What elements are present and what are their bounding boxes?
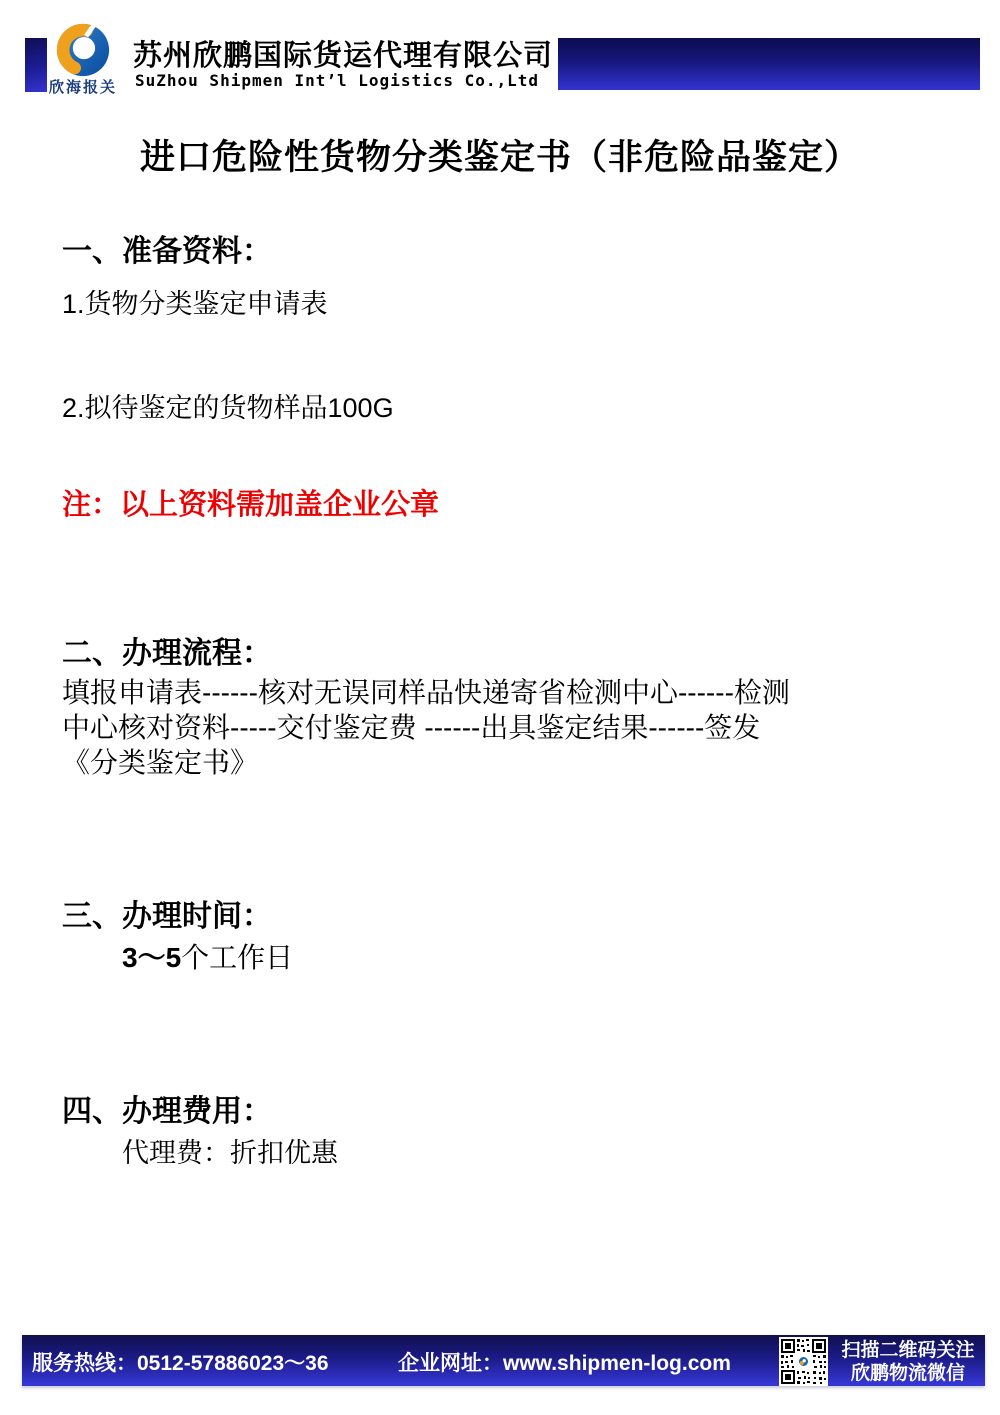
process-flow-line-2: 中心核对资料-----交付鉴定费 ------出具鉴定结果------签发 xyxy=(62,706,760,746)
page-title: 进口危险性货物分类鉴定书（非危险品鉴定） xyxy=(0,130,1000,180)
process-flow-line-3: 《分类鉴定书》 xyxy=(62,741,258,781)
section1-item1: 1.货物分类鉴定申请表 xyxy=(62,282,328,321)
company-website: 企业网址：www.shipmen-log.com xyxy=(398,1347,731,1377)
section1-note: 注：以上资料需加盖企业公章 xyxy=(62,482,439,523)
section1-item2: 2.拟待鉴定的货物样品100G xyxy=(62,386,394,425)
process-flow-line-1: 填报申请表------核对无误同样品快递寄省检测中心------检测 xyxy=(62,671,790,711)
section2-heading: 二、办理流程： xyxy=(62,628,272,672)
processing-time-unit: 个工作日 xyxy=(181,942,293,973)
section1-heading: 一、准备资料： xyxy=(62,226,272,270)
qr-caption-line1: 扫描二维码关注 xyxy=(832,1339,984,1362)
agency-fee: 代理费：折扣优惠 xyxy=(122,1131,338,1170)
company-logo-icon xyxy=(54,21,112,79)
company-name-en: SuZhou Shipmen Int’l Logistics Co.,Ltd xyxy=(135,71,539,90)
qr-caption: 扫描二维码关注 欣鹏物流微信 xyxy=(832,1339,984,1385)
company-name-cn: 苏州欣鹏国际货运代理有限公司 xyxy=(133,33,553,74)
processing-time: 3～5个工作日 xyxy=(122,936,293,976)
logo-caption: 欣海报关 xyxy=(42,76,124,97)
header-accent-bar-right xyxy=(558,38,980,90)
qr-code xyxy=(779,1337,828,1386)
qr-caption-line2: 欣鹏物流微信 xyxy=(832,1362,984,1385)
section3-heading: 三、办理时间： xyxy=(62,891,272,935)
processing-time-range: 3～5 xyxy=(122,942,181,973)
section4-heading: 四、办理费用： xyxy=(62,1086,272,1130)
service-hotline: 服务热线：0512-57886023～36 xyxy=(32,1347,329,1377)
